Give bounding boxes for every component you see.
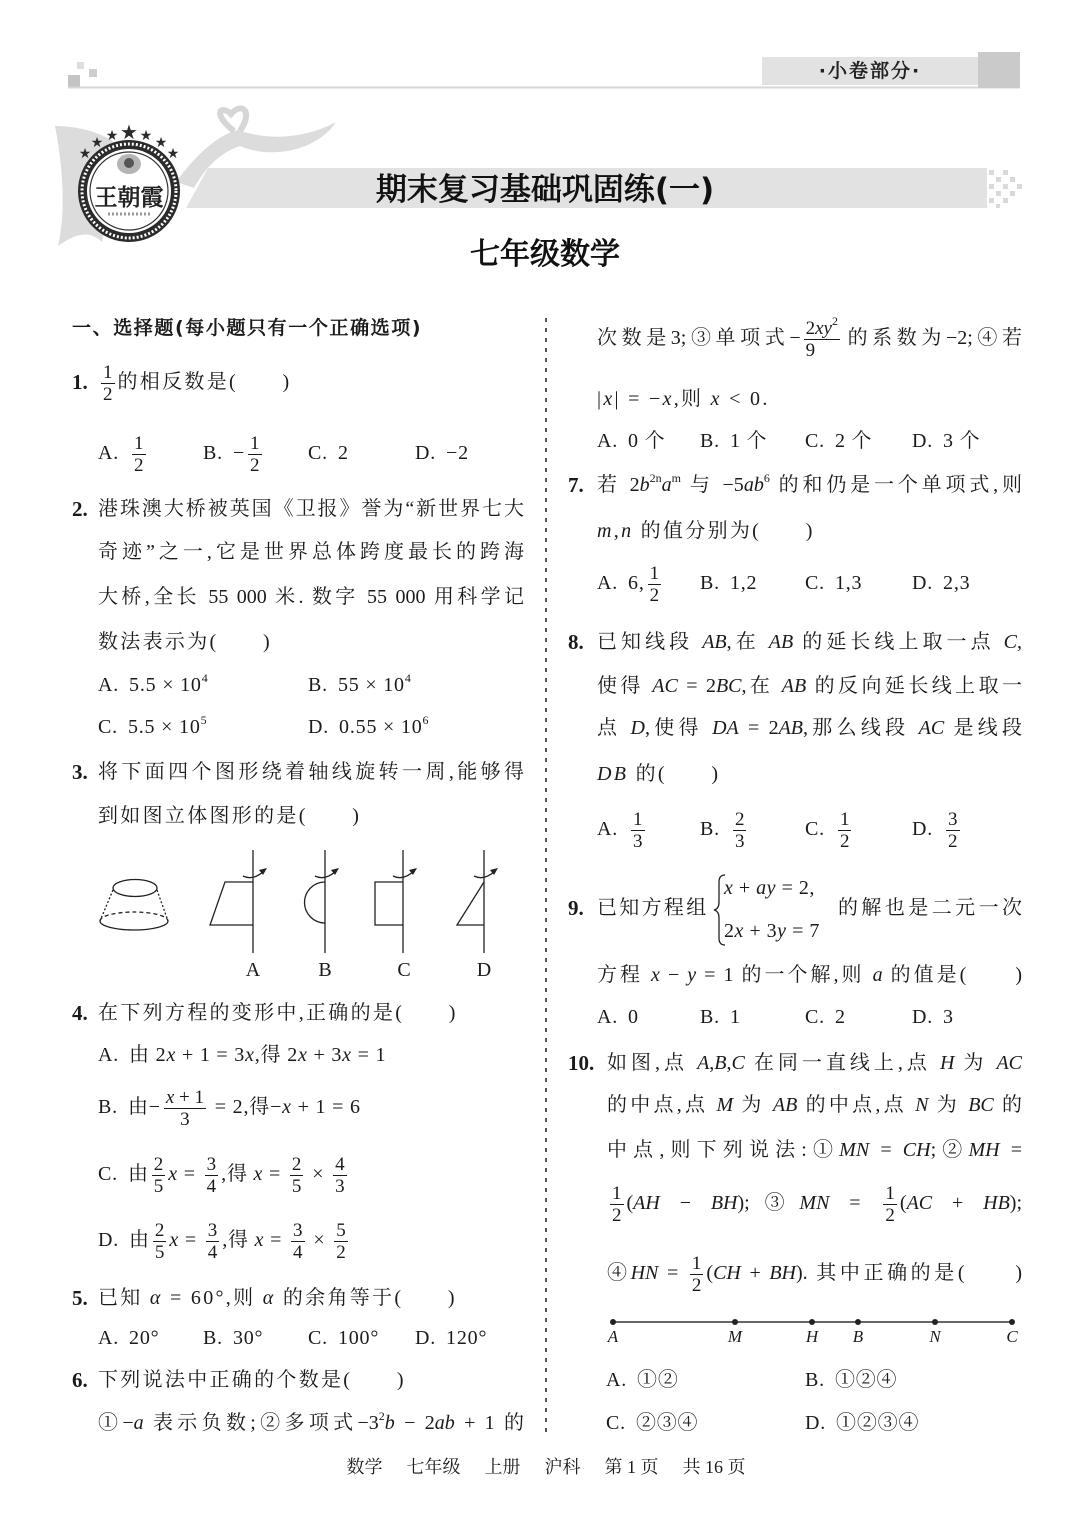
option-value: 100°: [338, 1327, 379, 1349]
math-variable: AB: [769, 631, 793, 653]
math-variable: b: [385, 1412, 395, 1434]
svg-text:★: ★: [155, 135, 168, 151]
svg-text:★: ★: [167, 146, 180, 162]
question-1-option-a: A.12: [98, 437, 149, 469]
denominator: 5: [290, 1176, 304, 1197]
denominator: 2: [883, 1205, 897, 1226]
math-variable: MN: [799, 1192, 829, 1214]
text: (: [900, 1192, 907, 1214]
math-variable: n: [621, 520, 633, 542]
text: = 1: [352, 1044, 386, 1066]
math-variable: H: [940, 1052, 954, 1074]
text: 与 −5: [681, 474, 744, 496]
numerator: 2: [153, 1220, 167, 1242]
option-label: C.: [805, 430, 825, 452]
fraction: 23: [733, 809, 747, 852]
question-6-option-d: D.3 个: [912, 425, 980, 457]
question-number: 4.: [72, 997, 88, 1029]
numerator: 1: [610, 1183, 624, 1205]
text: = 2,: [776, 877, 815, 899]
point-label-m: M: [725, 1327, 745, 1347]
point-c: [1009, 1319, 1015, 1325]
option-label: D.: [912, 430, 933, 452]
question-7-option-b: B.1,2: [700, 567, 757, 599]
shape-a-trapezoid-figure: [210, 850, 267, 953]
option-value: 2 个: [835, 430, 872, 452]
text: ,在: [742, 675, 782, 697]
question-8-line: 已知线段 AB,在 AB 的延长线上取一点 C,: [597, 626, 1022, 658]
question-4-option-d: D.由25x = 34,得 x = 34 × 52: [98, 1224, 351, 1256]
math-variable: D: [631, 717, 645, 739]
fraction: 12: [248, 433, 262, 476]
option-label: D.: [912, 1006, 933, 1028]
heart-loop-decoration: [220, 108, 246, 131]
coefficient: 2: [806, 318, 816, 339]
option-value: 2: [835, 1006, 846, 1028]
question-2-line: 奇迹”之一,它是世界总体跨度最长的跨海: [98, 536, 524, 568]
option-label: C.: [805, 1006, 825, 1028]
option-label: A.: [98, 1327, 119, 1349]
option-label: B.: [203, 1327, 223, 1349]
option-label: B.: [700, 572, 720, 594]
text: 中点,则下列说法:①: [607, 1139, 839, 1161]
question-10-line: 12(AH − BH);③MN = 12(AC + HB);: [607, 1187, 1022, 1219]
text: = 1 的一个解,则: [696, 964, 872, 986]
text: 的系数为−2;④若: [843, 327, 1022, 349]
fraction: x + 13: [164, 1087, 206, 1130]
denominator: 2: [334, 1242, 348, 1263]
denominator: 3: [164, 1109, 206, 1130]
point-a: [610, 1319, 616, 1325]
question-number: 6.: [72, 1364, 88, 1396]
math-variable: BH: [769, 1262, 796, 1284]
text: ④: [607, 1262, 631, 1284]
option-label: B.: [805, 1369, 825, 1391]
question-2-option-d: D.0.55 × 106: [308, 711, 429, 743]
figure-label-b: B: [315, 954, 335, 986]
text: ,得: [221, 1163, 253, 1185]
text: + 1: [174, 1087, 204, 1108]
option-value: 3 个: [943, 430, 980, 452]
math-variable: x: [169, 1229, 179, 1251]
math-variable: b: [640, 474, 650, 496]
question-4-stem: 在下列方程的变形中,正确的是( ): [98, 997, 458, 1029]
question-10-option-c: C.②③④: [606, 1407, 698, 1439]
question-number: 5.: [72, 1282, 88, 1314]
question-8-option-b: B.23: [700, 813, 749, 845]
option-value: 1,3: [835, 572, 862, 594]
question-10-option-d: D.①②③④: [805, 1407, 919, 1439]
point-b: [855, 1319, 861, 1325]
numerator: 4: [333, 1154, 347, 1176]
option-label: B.: [308, 674, 328, 696]
math-variable: α: [150, 1287, 163, 1309]
denominator: 2: [946, 831, 960, 852]
question-2-option-c: C.5.5 × 105: [98, 711, 207, 743]
option-value: ①②④: [835, 1369, 897, 1391]
math-variable: x: [254, 1163, 264, 1185]
math-variable: B: [714, 1052, 726, 1074]
question-6-line: |x| = −x,则 x < 0.: [597, 383, 770, 415]
text: 为: [928, 1094, 968, 1116]
section-heading: 一、选择题(每小题只有一个正确选项): [72, 312, 422, 344]
numerator: 3: [206, 1220, 220, 1242]
equation-1: x + ay = 2,: [724, 872, 815, 904]
text: ,: [1017, 631, 1022, 653]
text: ,得 2: [255, 1044, 298, 1066]
fraction: 12: [132, 433, 146, 476]
text: 的( ): [628, 763, 720, 785]
text: ;②: [931, 1139, 969, 1161]
math-variable: y: [687, 964, 696, 986]
option-value: 3: [943, 1006, 954, 1028]
text: = 60°,则: [163, 1287, 263, 1309]
math-variable: AC: [919, 717, 945, 739]
minus-sign: −: [233, 442, 245, 464]
question-3-line: 到如图立体图形的是( ): [98, 800, 361, 832]
text: 表示负数;②多项式−3: [144, 1412, 379, 1434]
question-7-option-a: A.6,12: [597, 567, 664, 599]
fraction: 2xy29: [804, 318, 840, 361]
fraction: 12: [838, 809, 852, 852]
text: 的延长线上取一点: [793, 631, 1003, 653]
text: );③: [738, 1192, 800, 1214]
math-variable: y: [767, 877, 776, 899]
text: 由: [128, 1163, 149, 1185]
checker-pattern: [989, 170, 1022, 208]
text: =: [263, 1163, 287, 1185]
denominator: 5: [153, 1242, 167, 1263]
question-8-line: 使得 AC = 2BC,在 AB 的反向延长线上取一: [597, 670, 1022, 702]
question-9-option-d: D.3: [912, 1001, 954, 1033]
option-label: C.: [308, 442, 328, 464]
text: 方程: [597, 964, 651, 986]
math-variable: x: [298, 1044, 308, 1066]
option-label: D.: [415, 442, 436, 464]
footer-page-number: 第 1 页: [605, 1457, 659, 1477]
text: =: [829, 1192, 880, 1214]
svg-text:★: ★: [79, 146, 92, 162]
numerator: 1: [101, 362, 115, 384]
shape-b-semicircle-figure: [305, 850, 340, 953]
option-label: D.: [98, 1229, 119, 1251]
math-variable: BH: [711, 1192, 738, 1214]
point-label-c: C: [1002, 1327, 1022, 1347]
option-value: 6,: [628, 572, 645, 594]
math-variable: C: [1004, 631, 1017, 653]
text: + 3: [744, 920, 777, 942]
fraction: 12: [101, 362, 115, 405]
text: 已知线段: [597, 631, 702, 653]
footer-volume: 上册: [485, 1457, 521, 1477]
question-8-option-d: D.32: [912, 813, 963, 845]
question-number: 10.: [568, 1047, 594, 1079]
text: −: [660, 964, 687, 986]
text: 由 2: [129, 1044, 166, 1066]
math-variable: BC: [716, 675, 742, 697]
math-variable: AC: [652, 675, 678, 697]
text: 由−: [128, 1096, 161, 1118]
figure-label-d: D: [474, 954, 494, 986]
svg-text:★: ★: [106, 128, 119, 144]
numerator: 1: [883, 1183, 897, 1205]
question-number: 7.: [568, 469, 584, 501]
math-variable: CH: [713, 1262, 741, 1284]
text: ①−: [98, 1412, 134, 1434]
text: 的值分别为( ): [633, 520, 814, 542]
fraction: 34: [291, 1220, 305, 1263]
option-value: ②③④: [636, 1412, 698, 1434]
option-value: 0: [628, 1006, 639, 1028]
math-variable: AC: [996, 1052, 1022, 1074]
question-6-option-a: A.0 个: [597, 425, 665, 457]
numerator: 1: [648, 563, 662, 585]
question-9-stem: 已知方程组: [597, 892, 709, 924]
text: + 1 = 6: [292, 1096, 361, 1118]
question-8-option-c: C.12: [805, 813, 854, 845]
question-number: 9.: [568, 892, 584, 924]
option-value: 1: [730, 1006, 741, 1028]
question-9-option-a: A.0: [597, 1001, 639, 1033]
denominator: 4: [291, 1242, 305, 1263]
text: = 2: [678, 675, 716, 697]
point-label-n: N: [925, 1327, 945, 1347]
option-label: D.: [415, 1327, 436, 1349]
text: 若 2: [597, 474, 640, 496]
question-1-stem: 12的相反数是( ): [98, 366, 292, 398]
question-5-option-a: A.20°: [98, 1322, 159, 1354]
option-label: C.: [805, 818, 825, 840]
math-variable: A: [697, 1052, 709, 1074]
math-variable: x: [724, 877, 733, 899]
option-value: 30°: [233, 1327, 263, 1349]
question-9-option-b: B.1: [700, 1001, 741, 1033]
text: 为: [954, 1052, 996, 1074]
fraction: 12: [648, 563, 662, 606]
option-label: D.: [912, 572, 933, 594]
text: 如图,点: [607, 1052, 697, 1074]
text: ,得: [222, 1229, 254, 1251]
option-value: 5.5 × 10: [128, 716, 201, 738]
question-6-stem: 下列说法中正确的个数是( ): [98, 1364, 406, 1396]
option-value: 0.55 × 10: [339, 716, 422, 738]
question-10-option-a: A.①②: [606, 1364, 679, 1396]
question-6-line: ①−a 表示负数;②多项式−32b − 2ab + 1 的: [98, 1407, 524, 1439]
text: ×: [306, 1163, 330, 1185]
text: 的中点,点: [797, 1094, 915, 1116]
text: = 2: [739, 717, 779, 739]
fraction: 32: [946, 809, 960, 852]
text: + 1 = 3: [176, 1044, 245, 1066]
question-10-line: 中点,则下列说法:①MN = CH;②MH =: [607, 1134, 1022, 1166]
question-6-option-b: B.1 个: [700, 425, 767, 457]
fraction: 12: [883, 1183, 897, 1226]
math-variable: AB: [782, 675, 806, 697]
fraction: 52: [334, 1220, 348, 1263]
option-value: 1,2: [730, 572, 757, 594]
exam-page: ★ ★ ★ ★ ★ ★ ★ 王朝霞 ·小卷部分· 期末复习基础巩固练(一) 七年…: [0, 0, 1092, 1535]
option-value: ①②③④: [836, 1412, 919, 1434]
fraction: 25: [153, 1220, 167, 1263]
question-number: 1.: [72, 366, 88, 398]
option-label: C.: [606, 1412, 626, 1434]
question-7-line: m,n 的值分别为( ): [597, 515, 815, 547]
text: 点: [597, 717, 631, 739]
text: =: [869, 1139, 903, 1161]
fraction: 12: [610, 1183, 624, 1226]
option-value: 20°: [129, 1327, 159, 1349]
footer-subject: 数学: [347, 1457, 383, 1477]
question-10-line: 如图,点 A,B,C 在同一直线上,点 H 为 AC: [607, 1047, 1022, 1079]
denominator: 2: [132, 455, 146, 476]
text: = 2,得−: [209, 1096, 282, 1118]
question-4-option-b: B.由−x + 13 = 2,得−x + 1 = 6: [98, 1091, 361, 1123]
question-8-option-a: A.13: [597, 813, 648, 845]
fraction: 12: [690, 1253, 704, 1296]
math-variable: ab: [744, 474, 764, 496]
question-number: 2.: [72, 493, 88, 525]
numerator: 5: [334, 1220, 348, 1242]
fraction: 34: [205, 1154, 219, 1197]
question-3-figure: [90, 840, 510, 960]
math-variable: a: [756, 877, 767, 899]
frustum-solid-figure: [100, 880, 168, 931]
question-10-line: 的中点,点 M 为 AB 的中点,点 N 为 BC 的: [607, 1089, 1022, 1121]
numerator: 2: [733, 809, 747, 831]
numerator: 1: [631, 809, 645, 831]
option-label: C.: [98, 1163, 118, 1185]
math-variable: x: [342, 1044, 352, 1066]
math-variable: x: [603, 388, 614, 410]
question-7-option-c: C.1,3: [805, 567, 862, 599]
exponent: 4: [202, 671, 208, 685]
logo-badge: ★ ★ ★ ★ ★ ★ ★ 王朝霞: [78, 120, 180, 242]
question-2-line: 数法表示为( ): [98, 626, 272, 658]
denominator: 9: [804, 340, 840, 361]
fraction: 25: [152, 1154, 166, 1197]
math-variable: HB: [983, 1192, 1010, 1214]
denominator: 2: [248, 455, 262, 476]
math-variable: x: [663, 388, 674, 410]
text: ,在: [727, 631, 769, 653]
math-variable: DB: [597, 763, 628, 785]
question-9-stem-continued: 的解也是二元一次: [838, 892, 1022, 924]
text: ,使得: [645, 717, 712, 739]
denominator: 4: [205, 1176, 219, 1197]
math-variable: a: [873, 964, 883, 986]
math-variable: x: [168, 1163, 178, 1185]
text: − 2: [395, 1412, 435, 1434]
option-label: A.: [98, 442, 119, 464]
math-variable: x: [166, 1044, 176, 1066]
math-variable: x: [735, 920, 744, 942]
text: 2: [724, 920, 735, 942]
option-label: B.: [700, 430, 720, 452]
question-5-option-b: B.30°: [203, 1322, 263, 1354]
text: =: [178, 1163, 202, 1185]
option-value: 1 个: [730, 430, 767, 452]
figure-label-a: A: [243, 954, 263, 986]
numerator: 1: [838, 809, 852, 831]
text: 已知: [98, 1287, 150, 1309]
math-variable: MH: [968, 1139, 999, 1161]
question-1-option-d: D.−2: [415, 437, 469, 469]
option-label: D.: [912, 818, 933, 840]
numerator: x + 1: [164, 1087, 206, 1109]
text: 的和仍是一个单项式,则: [770, 474, 1022, 496]
option-label: A.: [98, 674, 119, 696]
option-label: A.: [606, 1369, 627, 1391]
question-4-option-a: A.由 2x + 1 = 3x,得 2x + 3x = 1: [98, 1039, 386, 1071]
text: ,: [614, 520, 621, 542]
question-8-line: DB 的( ): [597, 758, 720, 790]
denominator: 5: [152, 1176, 166, 1197]
denominator: 3: [333, 1176, 347, 1197]
math-variable: C: [732, 1052, 745, 1074]
option-value: 120°: [446, 1327, 487, 1349]
denominator: 3: [733, 831, 747, 852]
text: + 1 的: [455, 1412, 524, 1434]
svg-text:★: ★: [140, 128, 153, 144]
option-value: ①②: [637, 1369, 679, 1391]
question-number: 3.: [72, 756, 88, 788]
math-variable: AB: [773, 1094, 797, 1116]
math-variable: HN: [631, 1262, 659, 1284]
option-label: B.: [700, 818, 720, 840]
option-label: B.: [700, 1006, 720, 1028]
text: 的值是( ): [883, 964, 1022, 986]
math-variable: MN: [839, 1139, 869, 1161]
math-variable: x: [282, 1096, 292, 1118]
equation-2: 2x + 3y = 7: [724, 915, 820, 947]
text: < 0.: [722, 388, 770, 410]
option-label: A.: [98, 1044, 119, 1066]
option-label: C.: [98, 716, 118, 738]
math-variable: xy: [815, 318, 832, 339]
numerator: 1: [132, 433, 146, 455]
exponent: 6: [423, 713, 429, 727]
denominator: 2: [690, 1275, 704, 1296]
math-variable: AC: [907, 1192, 933, 1214]
question-5-option-d: D.120°: [415, 1322, 487, 1354]
math-variable: a: [662, 474, 672, 496]
math-variable: α: [263, 1287, 276, 1309]
svg-text:★: ★: [120, 120, 138, 144]
denominator: 4: [206, 1242, 220, 1263]
footer-page-total: 共 16 页: [683, 1457, 746, 1477]
numerator: 2xy2: [804, 318, 840, 340]
question-2-line: 港珠澳大桥被英国《卫报》誉为“新世界七大: [98, 493, 524, 525]
math-variable: AH: [633, 1192, 660, 1214]
option-label: B.: [203, 442, 223, 464]
section-tag-block: [978, 52, 1020, 88]
option-value: 2,3: [943, 572, 970, 594]
fraction: 25: [290, 1154, 304, 1197]
math-variable: a: [134, 1412, 144, 1434]
exponent: 5: [201, 713, 207, 727]
question-1-option-c: C.2: [308, 437, 349, 469]
math-variable: x: [255, 1229, 265, 1251]
text: 在同一直线上,点: [745, 1052, 940, 1074]
point-label-a: A: [603, 1327, 623, 1347]
text: =: [1000, 1139, 1022, 1161]
option-label: A.: [597, 430, 618, 452]
question-1-option-b: B.−12: [203, 437, 265, 469]
option-label: C.: [805, 572, 825, 594]
option-label: D.: [805, 1412, 826, 1434]
question-10-option-b: B.①②④: [805, 1364, 897, 1396]
section-tag: ·小卷部分·: [762, 57, 978, 85]
